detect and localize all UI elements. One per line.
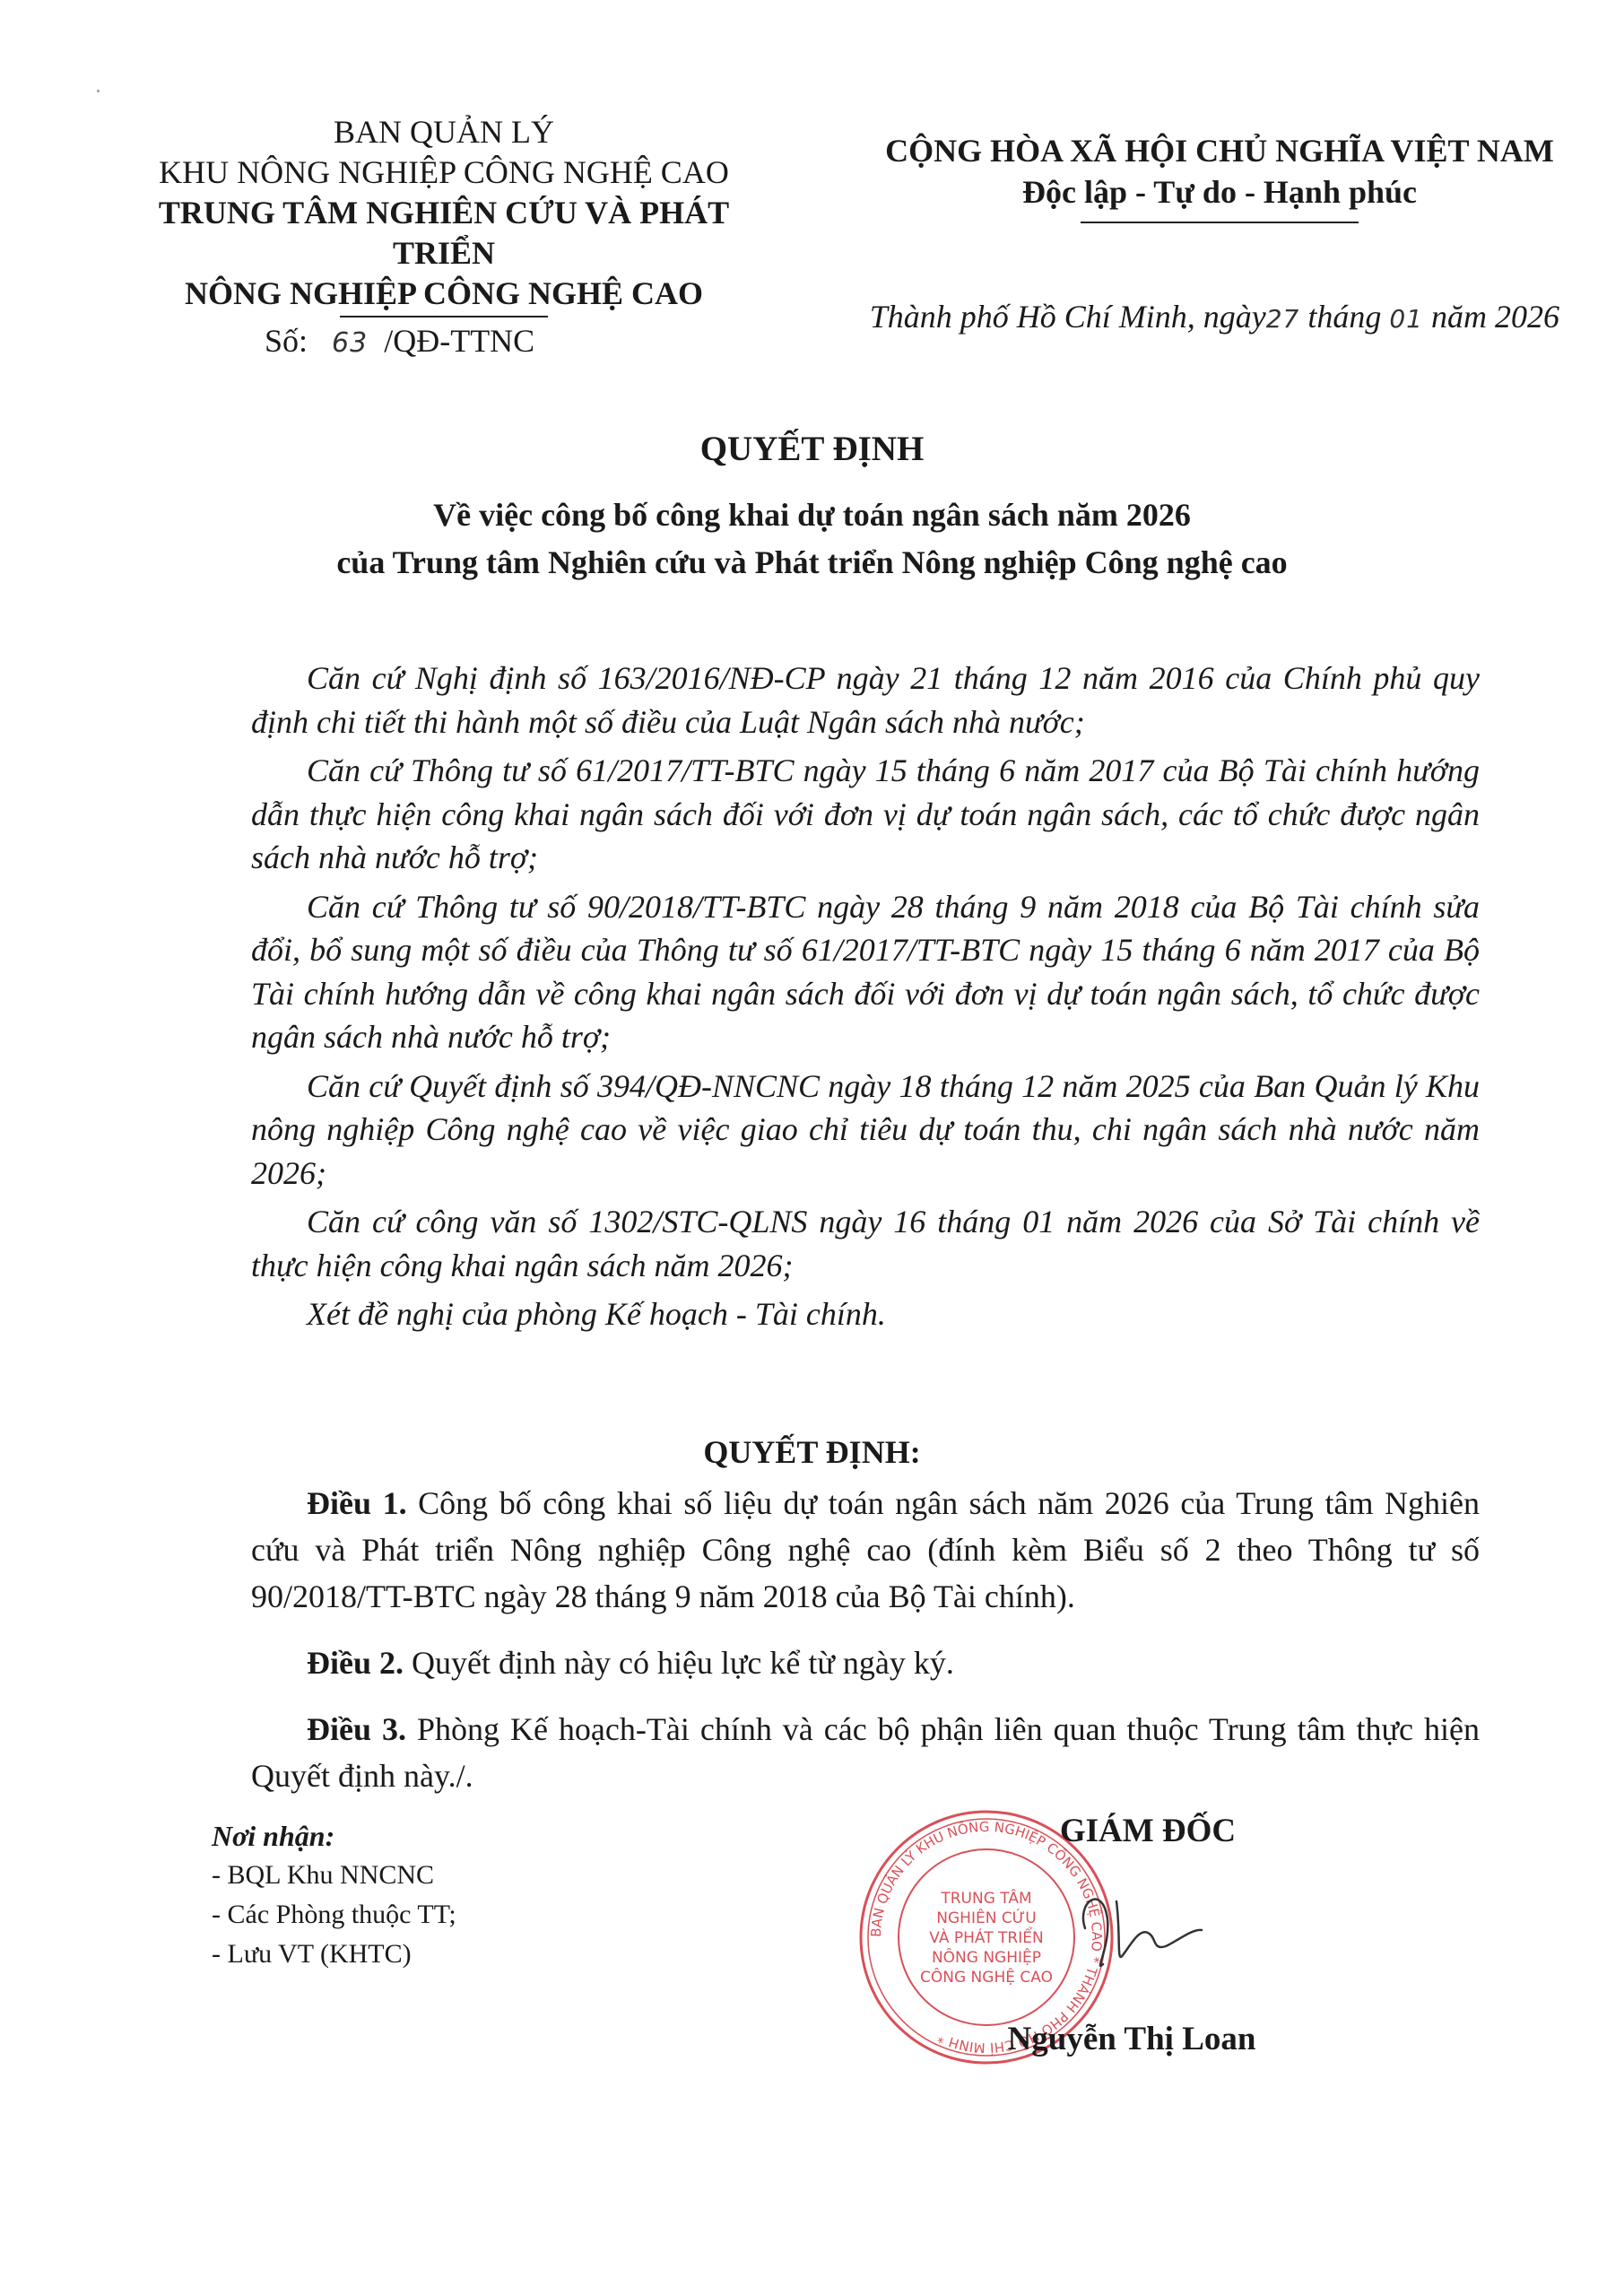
articles: Điều 1. Công bố công khai số liệu dự toá… xyxy=(251,1480,1480,1819)
article-label: Điều 2. xyxy=(307,1645,404,1681)
issuing-agency-block: BAN QUẢN LÝ KHU NÔNG NGHIỆP CÔNG NGHỆ CA… xyxy=(117,112,771,363)
signature-block: BAN QUẢN LÝ KHU NÔNG NGHIỆP CÔNG NGHỆ CA… xyxy=(906,1812,1327,2081)
date-day: 27 xyxy=(1266,304,1300,334)
article-text: Quyết định này có hiệu lực kể từ ngày ký… xyxy=(404,1645,954,1681)
basis-item: Căn cứ Nghị định số 163/2016/NĐ-CP ngày … xyxy=(251,657,1480,744)
agency-line-3: TRUNG TÂM NGHIÊN CỨU VÀ PHÁT TRIỂN xyxy=(117,193,771,274)
article-3: Điều 3. Phòng Kế hoạch-Tài chính và các … xyxy=(251,1706,1480,1799)
date-month-label: tháng xyxy=(1307,299,1381,335)
national-header: CỘNG HÒA XÃ HỘI CHỦ NGHĨA VIỆT NAM Độc l… xyxy=(861,130,1578,223)
basis-item: Căn cứ Quyết định số 394/QĐ-NNCNC ngày 1… xyxy=(251,1065,1480,1196)
number-handwritten: 63 xyxy=(332,327,368,359)
recipients: Nơi nhận: - BQL Khu NNCNC - Các Phòng th… xyxy=(212,1816,456,1974)
article-2: Điều 2. Quyết định này có hiệu lực kể từ… xyxy=(251,1639,1480,1686)
svg-text:VÀ PHÁT TRIỂN: VÀ PHÁT TRIỂN xyxy=(929,1926,1043,1947)
number-suffix: /QĐ-TTNC xyxy=(384,323,534,359)
basis-item: Căn cứ công văn số 1302/STC-QLNS ngày 16… xyxy=(251,1200,1480,1287)
recipient-item: - Các Phòng thuộc TT; xyxy=(212,1895,456,1935)
article-text: Phòng Kế hoạch-Tài chính và các bộ phận … xyxy=(251,1711,1480,1794)
signer-name: Nguyễn Thị Loan xyxy=(943,2020,1320,2058)
basis-item: Căn cứ Thông tư số 61/2017/TT-BTC ngày 1… xyxy=(251,749,1480,880)
legal-basis: Căn cứ Nghị định số 163/2016/NĐ-CP ngày … xyxy=(251,657,1480,1336)
article-1: Điều 1. Công bố công khai số liệu dự toá… xyxy=(251,1480,1480,1620)
article-label: Điều 1. xyxy=(307,1485,407,1521)
number-prefix: Số: xyxy=(265,323,308,359)
date-prefix: Thành phố Hồ Chí Minh, ngày xyxy=(870,299,1266,335)
basis-item: Căn cứ Thông tư số 90/2018/TT-BTC ngày 2… xyxy=(251,885,1480,1059)
dateline: Thành phố Hồ Chí Minh, ngày27 tháng 01 n… xyxy=(870,298,1559,335)
recipients-label: Nơi nhận: xyxy=(212,1816,456,1856)
article-label: Điều 3. xyxy=(307,1711,406,1747)
agency-underline xyxy=(340,316,548,317)
svg-text:NÔNG NGHIỆP: NÔNG NGHIỆP xyxy=(932,1947,1041,1967)
motto-underline xyxy=(1081,222,1359,223)
scan-speck xyxy=(97,90,100,92)
handwritten-signature-icon xyxy=(1067,1865,1211,1991)
agency-line-1: BAN QUẢN LÝ xyxy=(117,112,771,152)
svg-text:CÔNG NGHỆ CAO: CÔNG NGHỆ CAO xyxy=(920,1967,1053,1987)
subtitle-line-2: của Trung tâm Nghiên cứu và Phát triển N… xyxy=(0,539,1624,587)
agency-line-2: KHU NÔNG NGHIỆP CÔNG NGHỆ CAO xyxy=(117,152,771,193)
date-month: 01 xyxy=(1389,304,1423,334)
svg-text:TRUNG TÂM: TRUNG TÂM xyxy=(940,1888,1031,1908)
document-number: Số: 63 /QĐ-TTNC xyxy=(117,321,771,363)
signer-position: GIÁM ĐỐC xyxy=(977,1812,1318,1850)
svg-text:NGHIÊN CỨU: NGHIÊN CỨU xyxy=(936,1908,1036,1927)
recipient-item: - BQL Khu NNCNC xyxy=(212,1856,456,1895)
document-title: QUYẾT ĐỊNH xyxy=(0,429,1624,469)
document-subtitle: Về việc công bố công khai dự toán ngân s… xyxy=(0,491,1624,587)
article-text: Công bố công khai số liệu dự toán ngân s… xyxy=(251,1485,1480,1614)
basis-item: Xét đề nghị của phòng Kế hoạch - Tài chí… xyxy=(251,1292,1480,1336)
recipient-item: - Lưu VT (KHTC) xyxy=(212,1935,456,1974)
date-year: năm 2026 xyxy=(1431,299,1559,335)
subtitle-line-1: Về việc công bố công khai dự toán ngân s… xyxy=(0,491,1624,539)
country-name: CỘNG HÒA XÃ HỘI CHỦ NGHĨA VIỆT NAM xyxy=(861,130,1578,171)
decision-heading: QUYẾT ĐỊNH: xyxy=(0,1433,1624,1471)
agency-line-4: NÔNG NGHIỆP CÔNG NGHỆ CAO xyxy=(117,274,771,314)
national-motto: Độc lập - Tự do - Hạnh phúc xyxy=(861,171,1578,213)
